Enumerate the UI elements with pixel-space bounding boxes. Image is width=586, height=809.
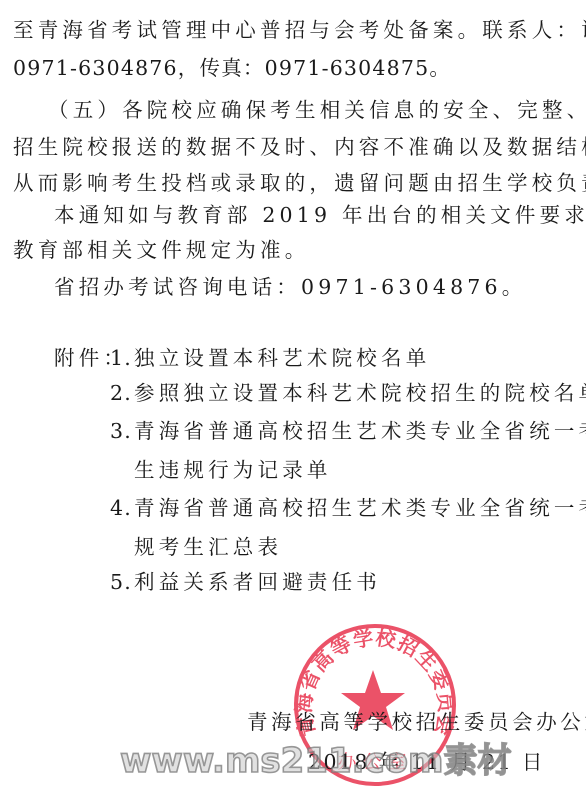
paragraph-five-line-3: 从而影响考生投档或录取的，遗留问题由招生学校负责解释。 [13, 171, 586, 195]
attachment-title-continued: 生违规行为记录单 [134, 458, 332, 482]
attachment-number: 3. [110, 419, 132, 443]
attachment-number: 4. [110, 496, 132, 520]
attachment-title: 青海省普通高校招生艺术类专业全省统一考试违 [134, 496, 586, 520]
attachment-title: 独立设置本科艺术院校名单 [134, 346, 430, 370]
document-page: 至青海省考试管理中心普招与会考处备案。联系人：许强，电话： 0971-63048… [0, 0, 586, 809]
attachment-title-continued: 规考生汇总表 [134, 535, 282, 559]
attachment-title: 青海省普通高校招生艺术类专业全省统一考试考 [134, 419, 586, 443]
hotline-text: 省招办考试咨询电话：0971-6304876。 [54, 275, 527, 299]
attachment-title: 参照独立设置本科艺术院校招生的院校名单 [134, 381, 586, 405]
contact-line-2: 0971-6304876，传真：0971-6304875。 [13, 56, 451, 80]
paragraph-five-line-2: 招生院校报送的数据不及时、内容不准确以及数据结构不规范， [13, 135, 586, 159]
contact-line-1: 至青海省考试管理中心普招与会考处备案。联系人：许强，电话： [13, 18, 586, 42]
notice-line-2: 教育部相关文件规定为准。 [13, 238, 309, 262]
attachment-title: 利益关系者回避责任书 [134, 570, 381, 594]
notice-line-1: 本通知如与教育部 2019 年出台的相关文件要求不一致，以 [54, 203, 586, 227]
paragraph-five-line-1: （五）各院校应确保考生相关信息的安全、完整、准确。因 [48, 98, 586, 122]
site-watermark: www.ms211.com素材 [120, 733, 511, 782]
attachment-number: 5. [110, 570, 132, 594]
attachment-number: 1. [110, 346, 132, 370]
signing-organization: 青海省高等学校招生委员会办公室 [247, 710, 586, 734]
attachment-number: 2. [110, 381, 132, 405]
